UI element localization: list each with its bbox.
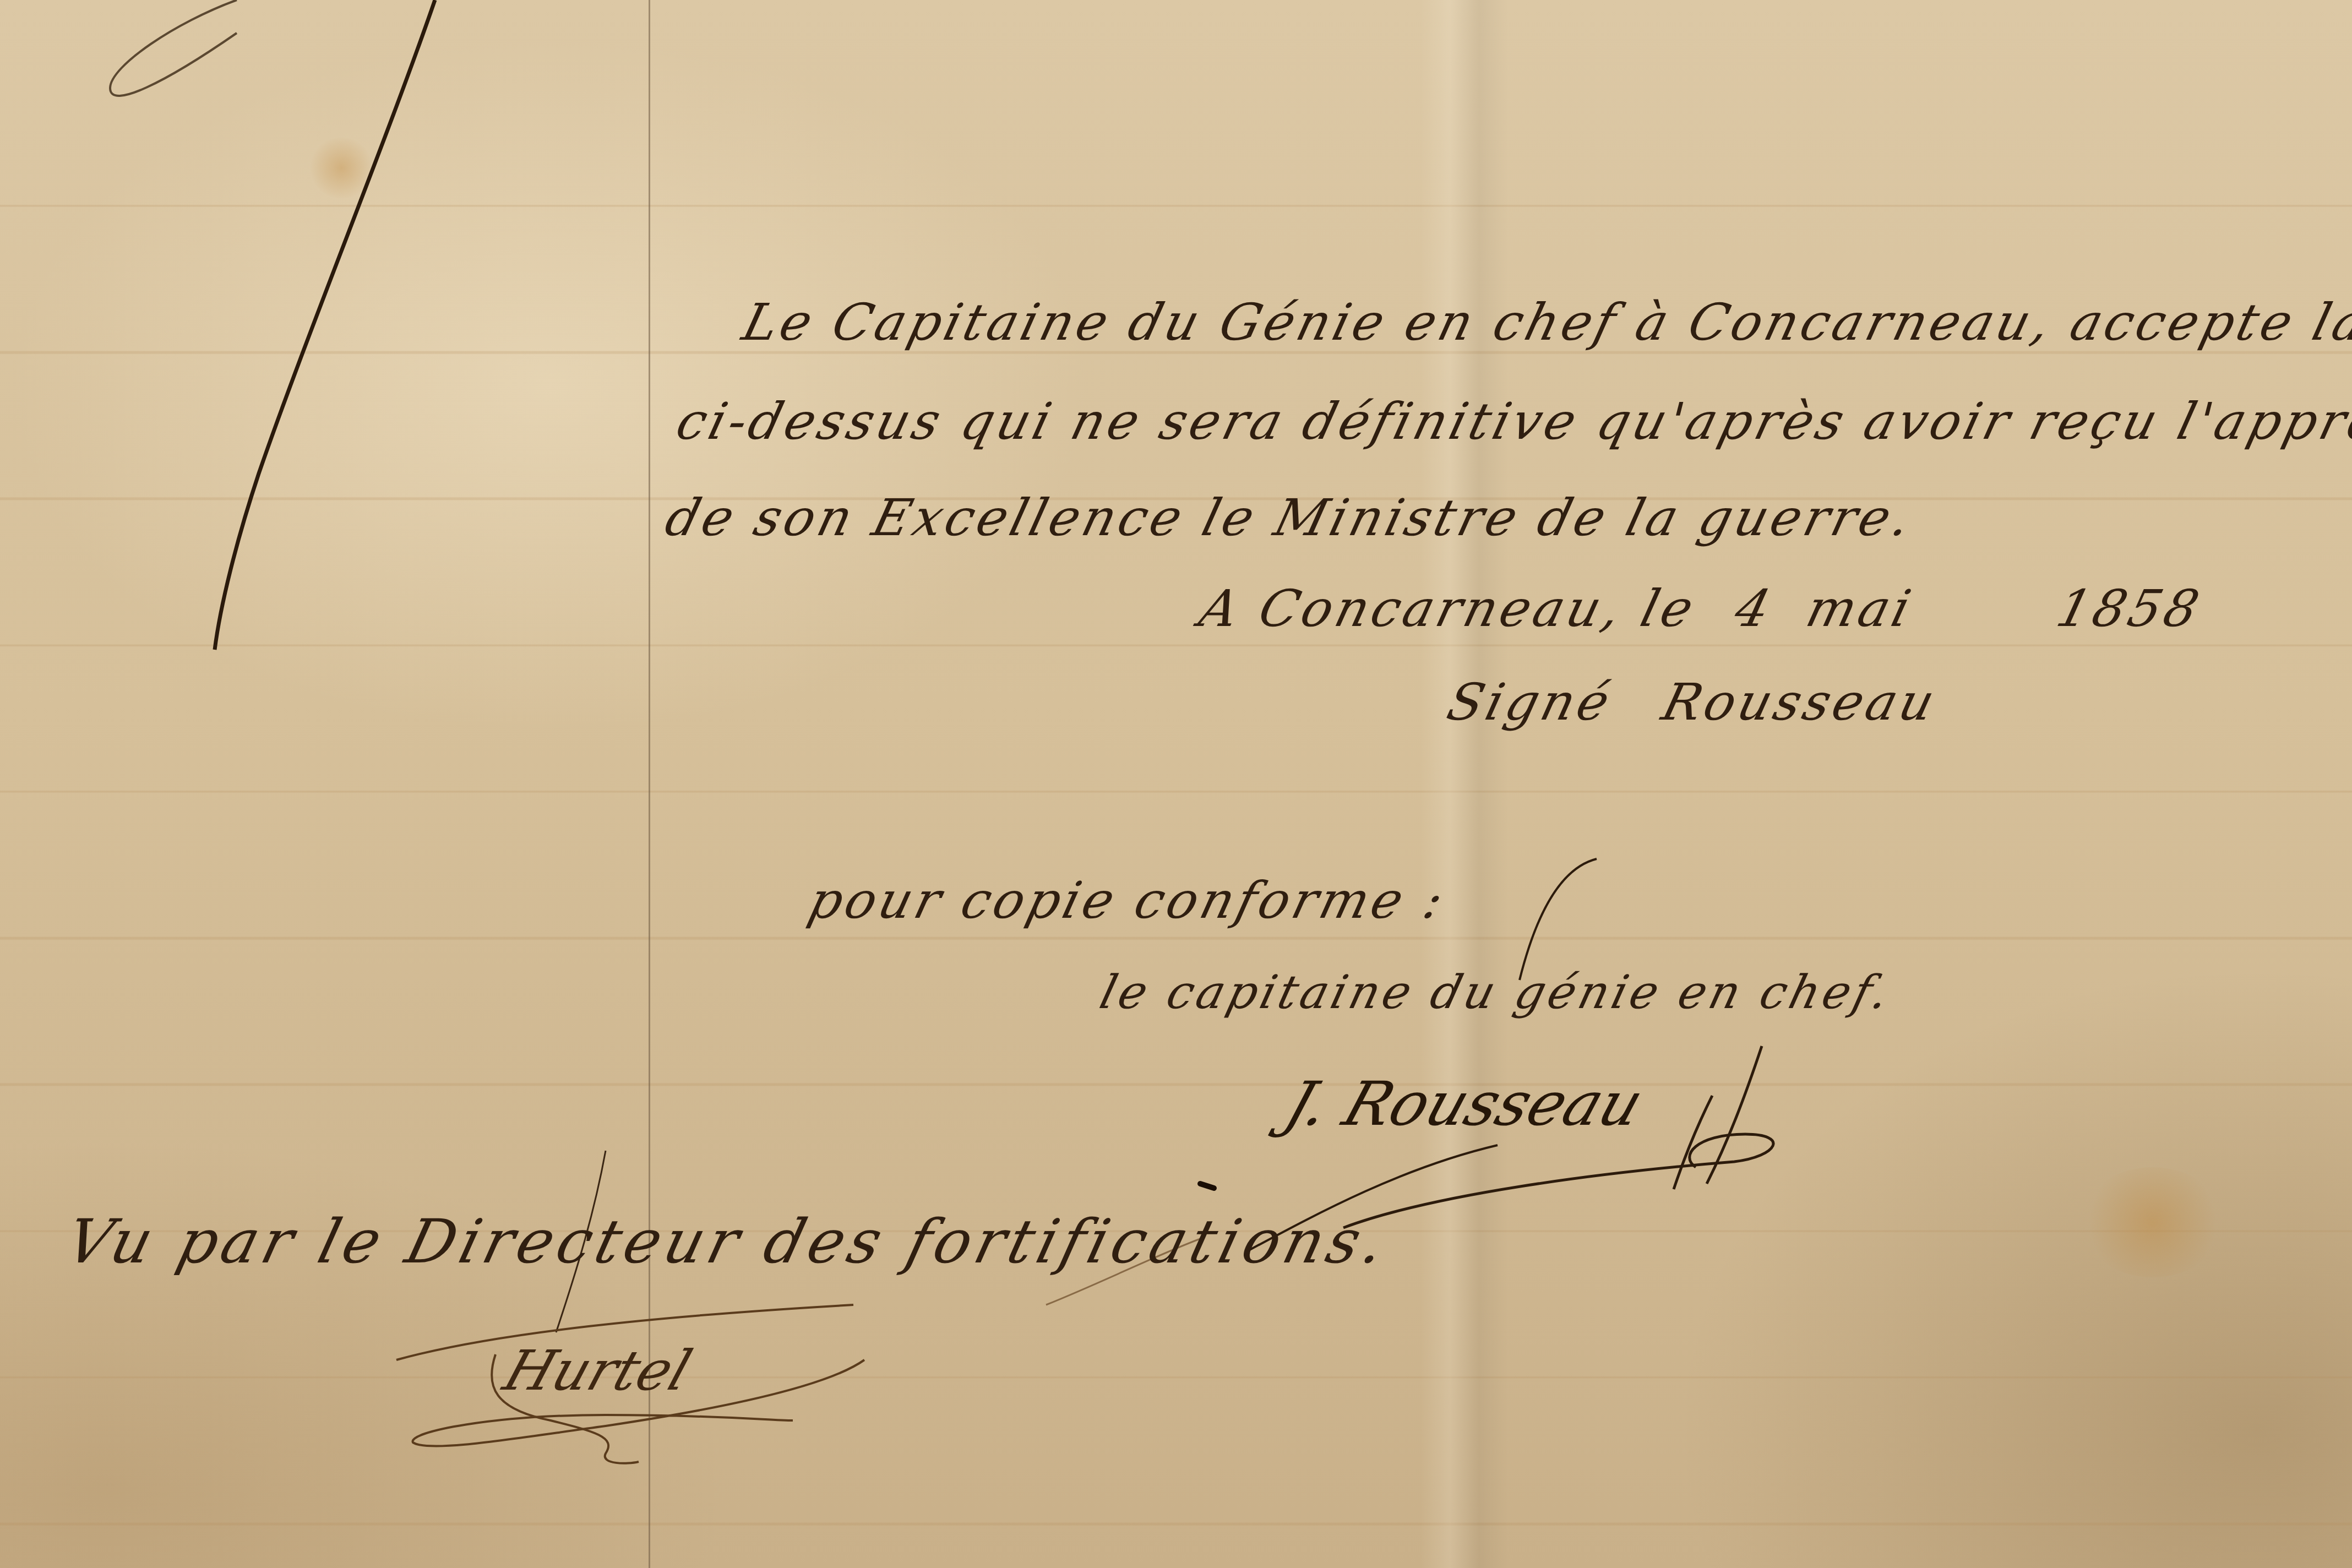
acceptance-line-1: Le Capitaine du Génie en chef à Concarne… bbox=[738, 297, 2352, 348]
paper-stain bbox=[308, 138, 374, 198]
acceptance-line-2: ci-dessus qui ne sera définitive qu'aprè… bbox=[672, 396, 2352, 447]
certification-line-2: le capitaine du génie en chef. bbox=[1096, 969, 1897, 1015]
margin-rule bbox=[649, 0, 650, 1568]
paper-stain bbox=[2081, 1167, 2224, 1277]
signed-name: Rousseau bbox=[1657, 673, 1944, 732]
margin-note-text: Vu par le Directeur des fortifications. bbox=[61, 1211, 1395, 1272]
certification-line-1: pour copie conforme : bbox=[804, 875, 1451, 926]
acceptance-line-3: de son Excellence le Ministre de la guer… bbox=[661, 493, 1919, 543]
signed-copy-line: Signé Rousseau bbox=[1442, 677, 1942, 728]
paper-ruling bbox=[0, 0, 2352, 1568]
dateline-month: mai bbox=[1801, 579, 1920, 638]
paper-fold-crease bbox=[1420, 0, 1509, 1568]
pen-flourishes bbox=[0, 0, 2352, 1568]
dateline-place: A Concarneau, le bbox=[1194, 579, 1702, 638]
signed-prefix: Signé bbox=[1441, 673, 1619, 732]
captain-signature: J. Rousseau bbox=[1278, 1074, 1651, 1134]
dateline: A Concarneau, le 4 mai 1858 bbox=[1195, 584, 2207, 634]
director-signature: Hurtel bbox=[498, 1343, 698, 1398]
dateline-year: 1858 bbox=[2051, 579, 2208, 638]
dateline-day: 4 bbox=[1729, 579, 1779, 638]
